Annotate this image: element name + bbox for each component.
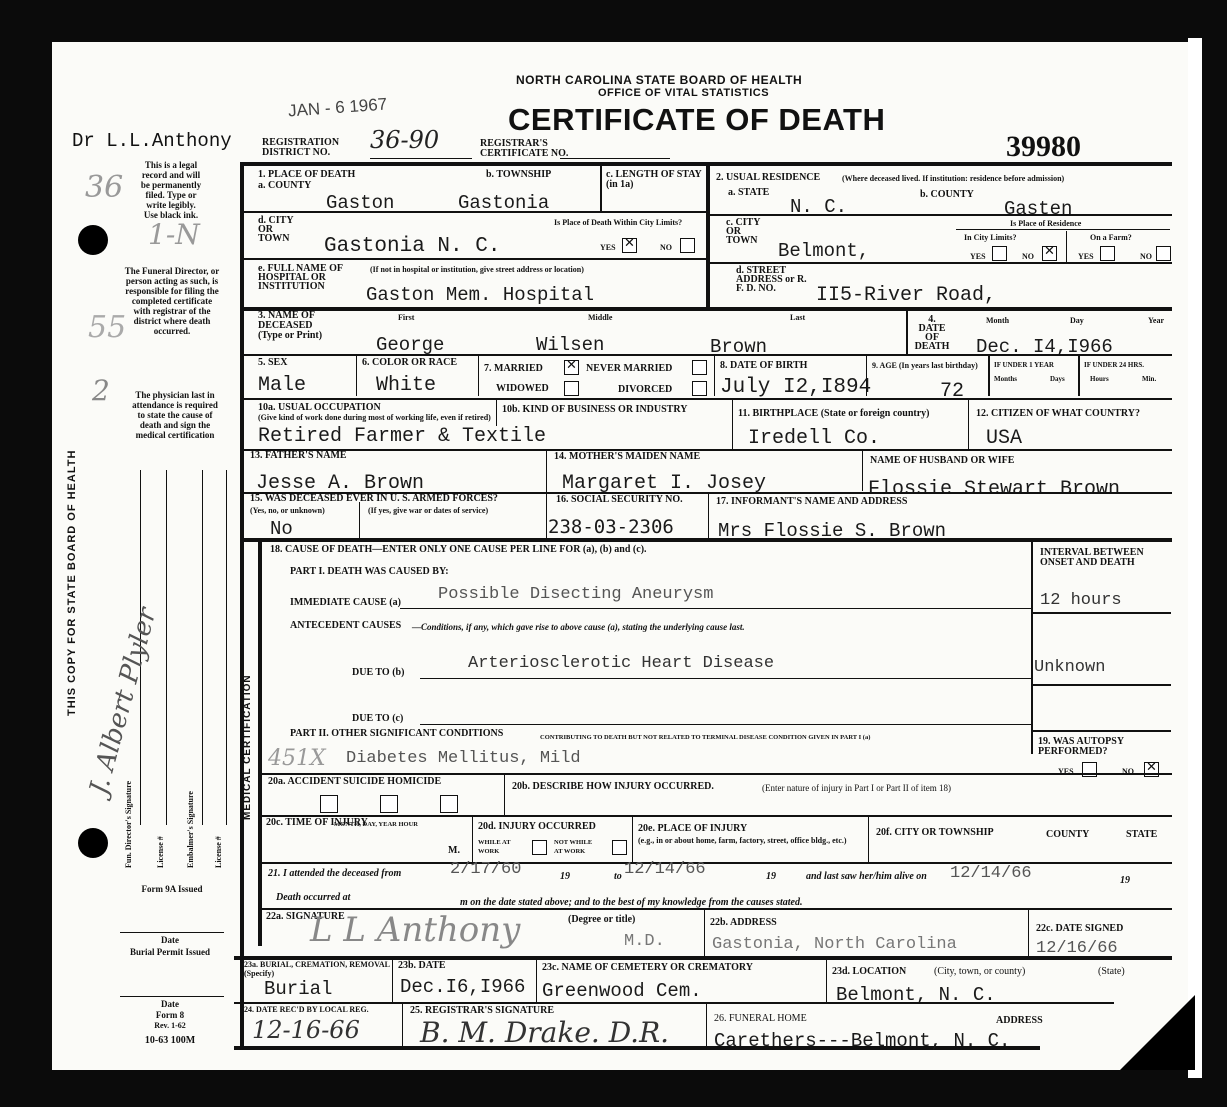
attended-from-label: 21. I attended the deceased from [268,869,401,879]
part1-label: PART I. DEATH WAS CAUSED BY: [290,567,449,577]
funeral-address-label: ADDRESS [996,1016,1043,1026]
manner-label: 20a. ACCIDENT SUICIDE HOMICIDE [268,777,441,787]
part2-hint: CONTRIBUTING TO DEATH BUT NOT RELATED TO… [540,733,870,742]
cause-of-death-label: 18. CAUSE OF DEATH—ENTER ONLY ONE CAUSE … [270,545,647,555]
physician-name: Dr L.L.Anthony [72,130,232,152]
day-label: Day [1070,316,1084,325]
part2-value: Diabetes Mellitus, Mild [346,749,581,768]
within-limits-no-checkbox[interactable] [680,238,695,253]
funeral-home-value: Carethers---Belmont, N. C. [714,1030,1010,1052]
date-label: Date [150,935,190,945]
death-city-label: d. CITY OR TOWN [258,216,298,243]
location-state-hint: (State) [1098,967,1125,977]
middle-name-label: Middle [588,313,612,322]
m-label: M. [448,846,460,856]
physician-address-label: 22b. ADDRESS [710,918,777,928]
place-of-injury-hint: (e.g., in or about home, farm, factory, … [638,836,868,845]
due-to-c-label: DUE TO (c) [352,714,403,724]
disposition-method-label: 23a. BURIAL, CREMATION, REMOVAL (Specify… [244,960,394,978]
paper-edge [1188,38,1202,1078]
farm-yes-label: YES [1078,252,1094,261]
antecedent-hint: —Conditions, if any, which gave rise to … [412,622,745,632]
within-limits-yes-label: YES [600,243,616,252]
cemetery-label: 23c. NAME OF CEMETERY OR CREMATORY [542,963,753,973]
institution-hint: (If not in hospital or institution, give… [370,265,584,274]
attended-from-value: 2/17/60 [450,860,521,879]
dob-value: July I2,I894 [720,376,871,399]
form-border-left [240,162,244,1048]
homicide-checkbox[interactable] [440,795,458,813]
describe-injury-hint: (Enter nature of injury in Part I or Par… [762,783,951,793]
physician-address-value: Gastonia, North Carolina [712,935,957,954]
degree-value: M.D. [624,932,665,951]
degree-label: (Degree or title) [568,915,635,925]
birthplace-label: 11. BIRTHPLACE (State or foreign country… [738,409,930,419]
license-label-2: License # [214,836,223,868]
medical-certification-label: MEDICAL CERTIFICATION [242,674,253,820]
margin-note-physician: The physician last in attendance is requ… [132,390,218,440]
license-label: License # [156,836,165,868]
disposition-date-value: Dec.I6,I966 [400,976,525,998]
married-label: 7. MARRIED [484,364,543,374]
citizen-label: 12. CITIZEN OF WHAT COUNTRY? [976,409,1140,419]
punch-hole [78,828,108,858]
print-code: 10-63 100M [128,1036,212,1046]
not-at-work-checkbox[interactable] [612,840,627,855]
office-name: OFFICE OF VITAL STATISTICS [598,87,769,99]
suicide-checkbox[interactable] [380,795,398,813]
informant-label: 17. INFORMANT'S NAME AND ADDRESS [716,497,907,507]
form-number: Form 8 [150,1010,190,1020]
city-limits-yes-checkbox[interactable] [992,246,1007,261]
margin-note-legal: This is a legal record and will be perma… [140,160,202,220]
last-saw-label: and last saw her/him alive on [806,872,927,882]
death-city-value: Gastonia N. C. [324,235,500,258]
accident-checkbox[interactable] [320,795,338,813]
street-address-value: II5-River Road, [816,284,996,307]
city-limits-yes-label: YES [970,252,986,261]
under-1-year-label: IF UNDER 1 YEAR [994,361,1054,370]
interval-a-value: 12 hours [1040,591,1122,610]
race-value: White [376,374,436,397]
dob-label: 8. DATE OF BIRTH [720,361,807,371]
pencil-mark-1: 36 [85,170,123,205]
death-township-label: b. TOWNSHIP [486,170,551,180]
injury-state-label: STATE [1126,830,1157,840]
institution-value: Gaston Mem. Hospital [366,284,594,306]
armed-forces-value: No [270,518,293,540]
registration-district-label: REGISTRATION DISTRICT NO. [262,138,372,158]
widowed-checkbox[interactable] [564,381,579,396]
date-label-2: Date [150,999,190,1009]
not-at-work-label: NOT WHILE AT WORK [554,838,600,856]
ssn-label: 16. SOCIAL SECURITY NO. [556,495,683,505]
certificate-number: 39980 [1006,130,1081,164]
sex-value: Male [258,374,306,397]
place-of-residence-label: Is Place of Residence [1010,219,1081,228]
antecedent-causes-label: ANTECEDENT CAUSES [290,621,401,631]
immediate-cause-value: Possible Disecting Aneurysm [438,585,713,604]
never-married-checkbox[interactable] [692,360,707,375]
residence-county-value: Gasten [1004,198,1072,220]
residence-hint: (Where deceased lived. If institution: r… [842,174,1064,183]
city-limits-no-checkbox[interactable] [1042,246,1057,261]
registration-district-no: 36-90 [370,126,439,154]
father-label: 13. FATHER'S NAME [250,451,347,461]
residence-state-label: a. STATE [728,188,769,198]
occupation-hint: (Give kind of work done during most of w… [258,413,498,422]
birthplace-value: Iredell Co. [748,427,880,450]
armed-forces-hint: (Yes, no, or unknown) [250,506,325,515]
deceased-middle-name: Wilsen [536,334,604,356]
part2-label: PART II. OTHER SIGNIFICANT CONDITIONS [290,729,503,739]
while-at-work-checkbox[interactable] [532,840,547,855]
date-of-death-label: 4. DATE OF DEATH [914,315,950,351]
margin-note-funeral: The Funeral Director, or person acting a… [124,266,220,336]
ssn-value: 238-03-2306 [548,516,674,538]
spouse-label: NAME OF HUSBAND OR WIFE [870,456,1014,466]
on-farm-label: On a Farm? [1090,233,1132,242]
location-label: 23d. LOCATION [832,967,906,977]
armed-forces-label: 15. WAS DECEASED EVER IN U. S. ARMED FOR… [250,494,498,504]
disposition-date-label: 23b. DATE [398,961,446,971]
year-prefix: 19 [560,872,570,882]
divorced-checkbox[interactable] [692,381,707,396]
widowed-label: WIDOWED [496,384,549,394]
embalmer-sig-label: Embalmer's Signature [186,791,195,868]
pencil-mark-3: 55 [88,310,126,345]
sex-label: 5. SEX [258,358,287,368]
place-of-injury-label: 20e. PLACE OF INJURY [638,824,747,834]
mother-label: 14. MOTHER'S MAIDEN NAME [554,452,700,462]
occupation-label: 10a. USUAL OCCUPATION [258,403,381,413]
armed-service-hint: (If yes, give war or dates of service) [368,506,488,515]
days-label: Days [1050,375,1065,384]
copy-label-vertical: THIS COPY FOR STATE BOARD OF HEALTH [66,450,78,716]
location-hint: (City, town, or county) [934,967,1025,977]
disposition-method-value: Burial [264,978,332,1000]
within-limits-no-label: NO [660,243,672,252]
attended-to-value: 12/14/66 [624,860,706,879]
street-address-label: d. STREET ADDRESS or R. F. D. NO. [736,266,816,293]
date-received-label: 24. DATE REC'D BY LOCAL REG. [244,1005,394,1014]
describe-injury-label: 20b. DESCRIBE HOW INJURY OCCURRED. [512,782,714,792]
death-occurred-hint: m on the date stated above; and to the b… [460,898,802,908]
place-of-death-label: 1. PLACE OF DEATH [258,170,355,180]
pencil-mark-2: 1-N [148,218,200,251]
pencil-mark-4: 2 [92,374,110,407]
length-of-stay-label: c. LENGTH OF STAY (in 1a) [606,170,702,190]
married-checkbox[interactable] [564,360,579,375]
first-name-label: First [398,313,414,322]
part2-code: 451X [268,746,326,771]
physician-signature: L L Anthony [310,910,520,950]
registrar-cert-label: REGISTRAR'S CERTIFICATE NO. [480,139,610,159]
funeral-home-label: 26. FUNERAL HOME [714,1014,807,1024]
injury-occurred-label: 20d. INJURY OCCURRED [478,822,596,832]
month-label: Month [986,316,1009,325]
autopsy-label: 19. WAS AUTOPSY PERFORMED? [1038,737,1158,757]
death-occurred-label: Death occurred at [276,893,350,903]
year-label: Year [1148,316,1164,325]
dog-ear-corner [1120,995,1195,1070]
agency-name: NORTH CAROLINA STATE BOARD OF HEALTH [516,73,802,87]
deceased-name-label: 3. NAME OF DECEASED (Type or Print) [258,311,328,341]
citizen-value: USA [986,427,1022,450]
farm-no-checkbox[interactable] [1156,246,1171,261]
while-at-work-label: WHILE AT WORK [478,838,518,856]
residence-city-label: c. CITY OR TOWN [726,218,766,245]
within-limits-yes-checkbox[interactable] [622,238,637,253]
form-revision: Rev. 1-62 [140,1021,200,1031]
never-married-label: NEVER MARRIED [586,364,672,374]
time-hint: MONTH, DAY, YEAR HOUR [334,820,418,829]
due-to-b-label: DUE TO (b) [352,668,404,678]
year-prefix-2: 19 [766,872,776,882]
to-label: to [614,872,622,882]
residence-city-value: Belmont, [778,240,869,262]
interval-label: INTERVAL BETWEEN ONSET AND DEATH [1040,548,1170,568]
age-label: 9. AGE (In years last birthday) [872,361,982,370]
registrar-signature: B. M. Drake. D.R. [420,1016,669,1049]
punch-hole [78,225,108,255]
within-city-limits-label: Is Place of Death Within City Limits? [554,218,704,227]
date-signed-label: 22c. DATE SIGNED [1036,924,1123,934]
injury-city-label: 20f. CITY OR TOWNSHIP [876,828,994,838]
deceased-first-name: George [376,334,444,356]
institution-label: e. FULL NAME OF HOSPITAL OR INSTITUTION [258,264,358,291]
residence-label: 2. USUAL RESIDENCE [716,173,820,183]
immediate-cause-label: IMMEDIATE CAUSE (a) [290,598,401,608]
months-label: Months [994,375,1017,384]
under-24-hrs-label: IF UNDER 24 HRS. [1084,361,1144,370]
due-to-b-value: Arteriosclerotic Heart Disease [468,654,774,673]
cemetery-value: Greenwood Cem. [542,980,702,1002]
registrar-signature-label: 25. REGISTRAR'S SIGNATURE [410,1006,554,1016]
in-city-limits-label: In City Limits? [964,233,1016,242]
burial-permit-issued: Burial Permit Issued [112,947,228,957]
divorced-label: DIVORCED [618,385,672,395]
form-9a-issued: Form 9A Issued [126,884,218,894]
occupation-value: Retired Farmer & Textile [258,425,546,448]
residence-county-label: b. COUNTY [920,190,974,200]
interval-b-value: Unknown [1034,658,1105,677]
last-name-label: Last [790,313,805,322]
race-label: 6. COLOR OR RACE [362,358,457,368]
farm-no-label: NO [1140,252,1152,261]
hours-label: Hours [1090,375,1109,384]
certificate-title: CERTIFICATE OF DEATH [508,102,885,138]
last-saw-value: 12/14/66 [950,864,1032,883]
death-county-label: a. COUNTY [258,181,311,191]
minutes-label: Min. [1142,375,1156,384]
date-received-value: 12-16-66 [252,1016,360,1044]
city-limits-no-label: NO [1022,252,1034,261]
year-prefix-3: 19 [1120,876,1130,886]
injury-county-label: COUNTY [1046,830,1089,840]
farm-yes-checkbox[interactable] [1100,246,1115,261]
industry-label: 10b. KIND OF BUSINESS OR INDUSTRY [502,405,687,415]
fun-director-sig-label: Fun. Director's Signature [124,781,133,868]
